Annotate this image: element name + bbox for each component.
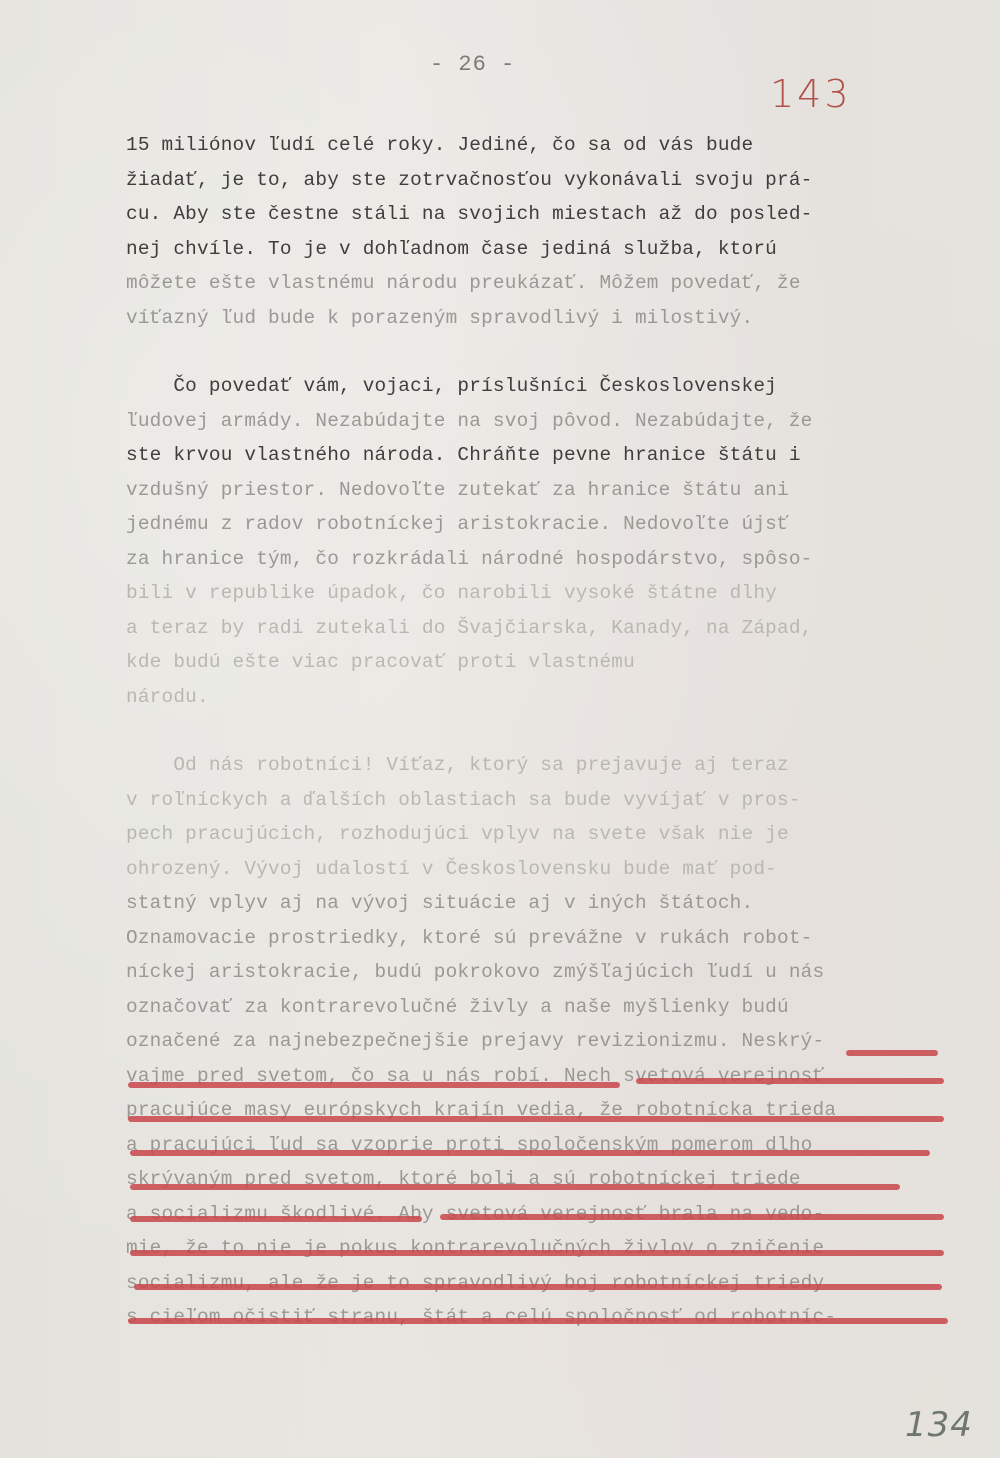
text-line: ste krvou vlastného národa. Chráňte pevn…	[126, 438, 956, 473]
text-line: národu.	[126, 680, 956, 715]
document-page: - 26 - 143 15 miliónov ľudí celé roky. J…	[0, 0, 1000, 1458]
red-underline	[130, 1184, 900, 1190]
text-line: označovať za kontrarevolučné živly a naš…	[126, 990, 956, 1025]
archive-pencil-number: 134	[905, 1405, 973, 1445]
text-line: níckej aristokracie, budú pokrokovo zmýš…	[126, 955, 956, 990]
text-line: kde budú ešte viac pracovať proti vlastn…	[126, 645, 956, 680]
text-line underlined: pracujúce masy európskych krajín vedia, …	[126, 1093, 956, 1128]
text-line underlined: mie, že to nie je pokus kontrarevolučnýc…	[126, 1231, 956, 1266]
text-line: ohrozený. Vývoj udalostí v Československ…	[126, 852, 956, 887]
text-line: Oznamovacie prostriedky, ktoré sú preváž…	[126, 921, 956, 956]
red-underline	[130, 1150, 930, 1156]
text-line: nej chvíle. To je v dohľadnom čase jedin…	[126, 232, 956, 267]
text-line: statný vplyv aj na vývoj situácie aj v i…	[126, 886, 956, 921]
text-line underlined: skrývaným pred svetom, ktoré boli a sú r…	[126, 1162, 956, 1197]
text-line: bili v republike úpadok, čo narobili vys…	[126, 576, 956, 611]
text-line: cu. Aby ste čestne stáli na svojich mies…	[126, 197, 956, 232]
paragraph-gap	[126, 335, 956, 369]
text-line: a teraz by radi zutekali do Švajčiarska,…	[126, 611, 956, 646]
text-line: vzdušný priestor. Nedovoľte zutekať za h…	[126, 473, 956, 508]
text-line: 15 miliónov ľudí celé roky. Jediné, čo s…	[126, 128, 956, 163]
text-line: Čo povedať vám, vojaci, príslušníci Česk…	[126, 369, 956, 404]
paragraph-1: 15 miliónov ľudí celé roky. Jediné, čo s…	[126, 128, 956, 335]
red-underline	[134, 1284, 942, 1290]
red-underline	[128, 1116, 944, 1122]
red-underline	[128, 1318, 948, 1324]
text-line: Od nás robotníci! Víťaz, ktorý sa prejav…	[126, 748, 956, 783]
text-line: za hranice tým, čo rozkrádali národné ho…	[126, 542, 956, 577]
text-line: žiadať, je to, aby ste zotrvačnosťou vyk…	[126, 163, 956, 198]
text-line underlined: a pracujúci ľud sa vzoprie proti spoloče…	[126, 1128, 956, 1163]
text-line: v roľníckych a ďalších oblastiach sa bud…	[126, 783, 956, 818]
red-underline	[130, 1250, 944, 1256]
red-underline	[440, 1214, 944, 1220]
text-line: víťazný ľud bude k porazeným spravodlivý…	[126, 301, 956, 336]
text-line underlined: socializmu, ale že je to spravodlivý boj…	[126, 1266, 956, 1301]
paragraph-gap	[126, 714, 956, 748]
page-number: - 26 -	[430, 52, 515, 77]
paragraph-2: Čo povedať vám, vojaci, príslušníci Česk…	[126, 369, 956, 714]
paragraph-3: Od nás robotníci! Víťaz, ktorý sa prejav…	[126, 748, 956, 1335]
archive-stamp-number-red: 143	[770, 72, 852, 116]
red-underline	[128, 1082, 620, 1088]
text-line: pech pracujúcich, rozhodujúci vplyv na s…	[126, 817, 956, 852]
text-line: môžete ešte vlastnému národu preukázať. …	[126, 266, 956, 301]
text-line: ľudovej armády. Nezabúdajte na svoj pôvo…	[126, 404, 956, 439]
text-line: jednému z radov robotníckej aristokracie…	[126, 507, 956, 542]
red-underline	[130, 1216, 422, 1222]
red-underline	[636, 1078, 944, 1084]
red-underline	[846, 1050, 938, 1056]
text-line: označené za najnebezpečnejšie prejavy re…	[126, 1024, 956, 1059]
